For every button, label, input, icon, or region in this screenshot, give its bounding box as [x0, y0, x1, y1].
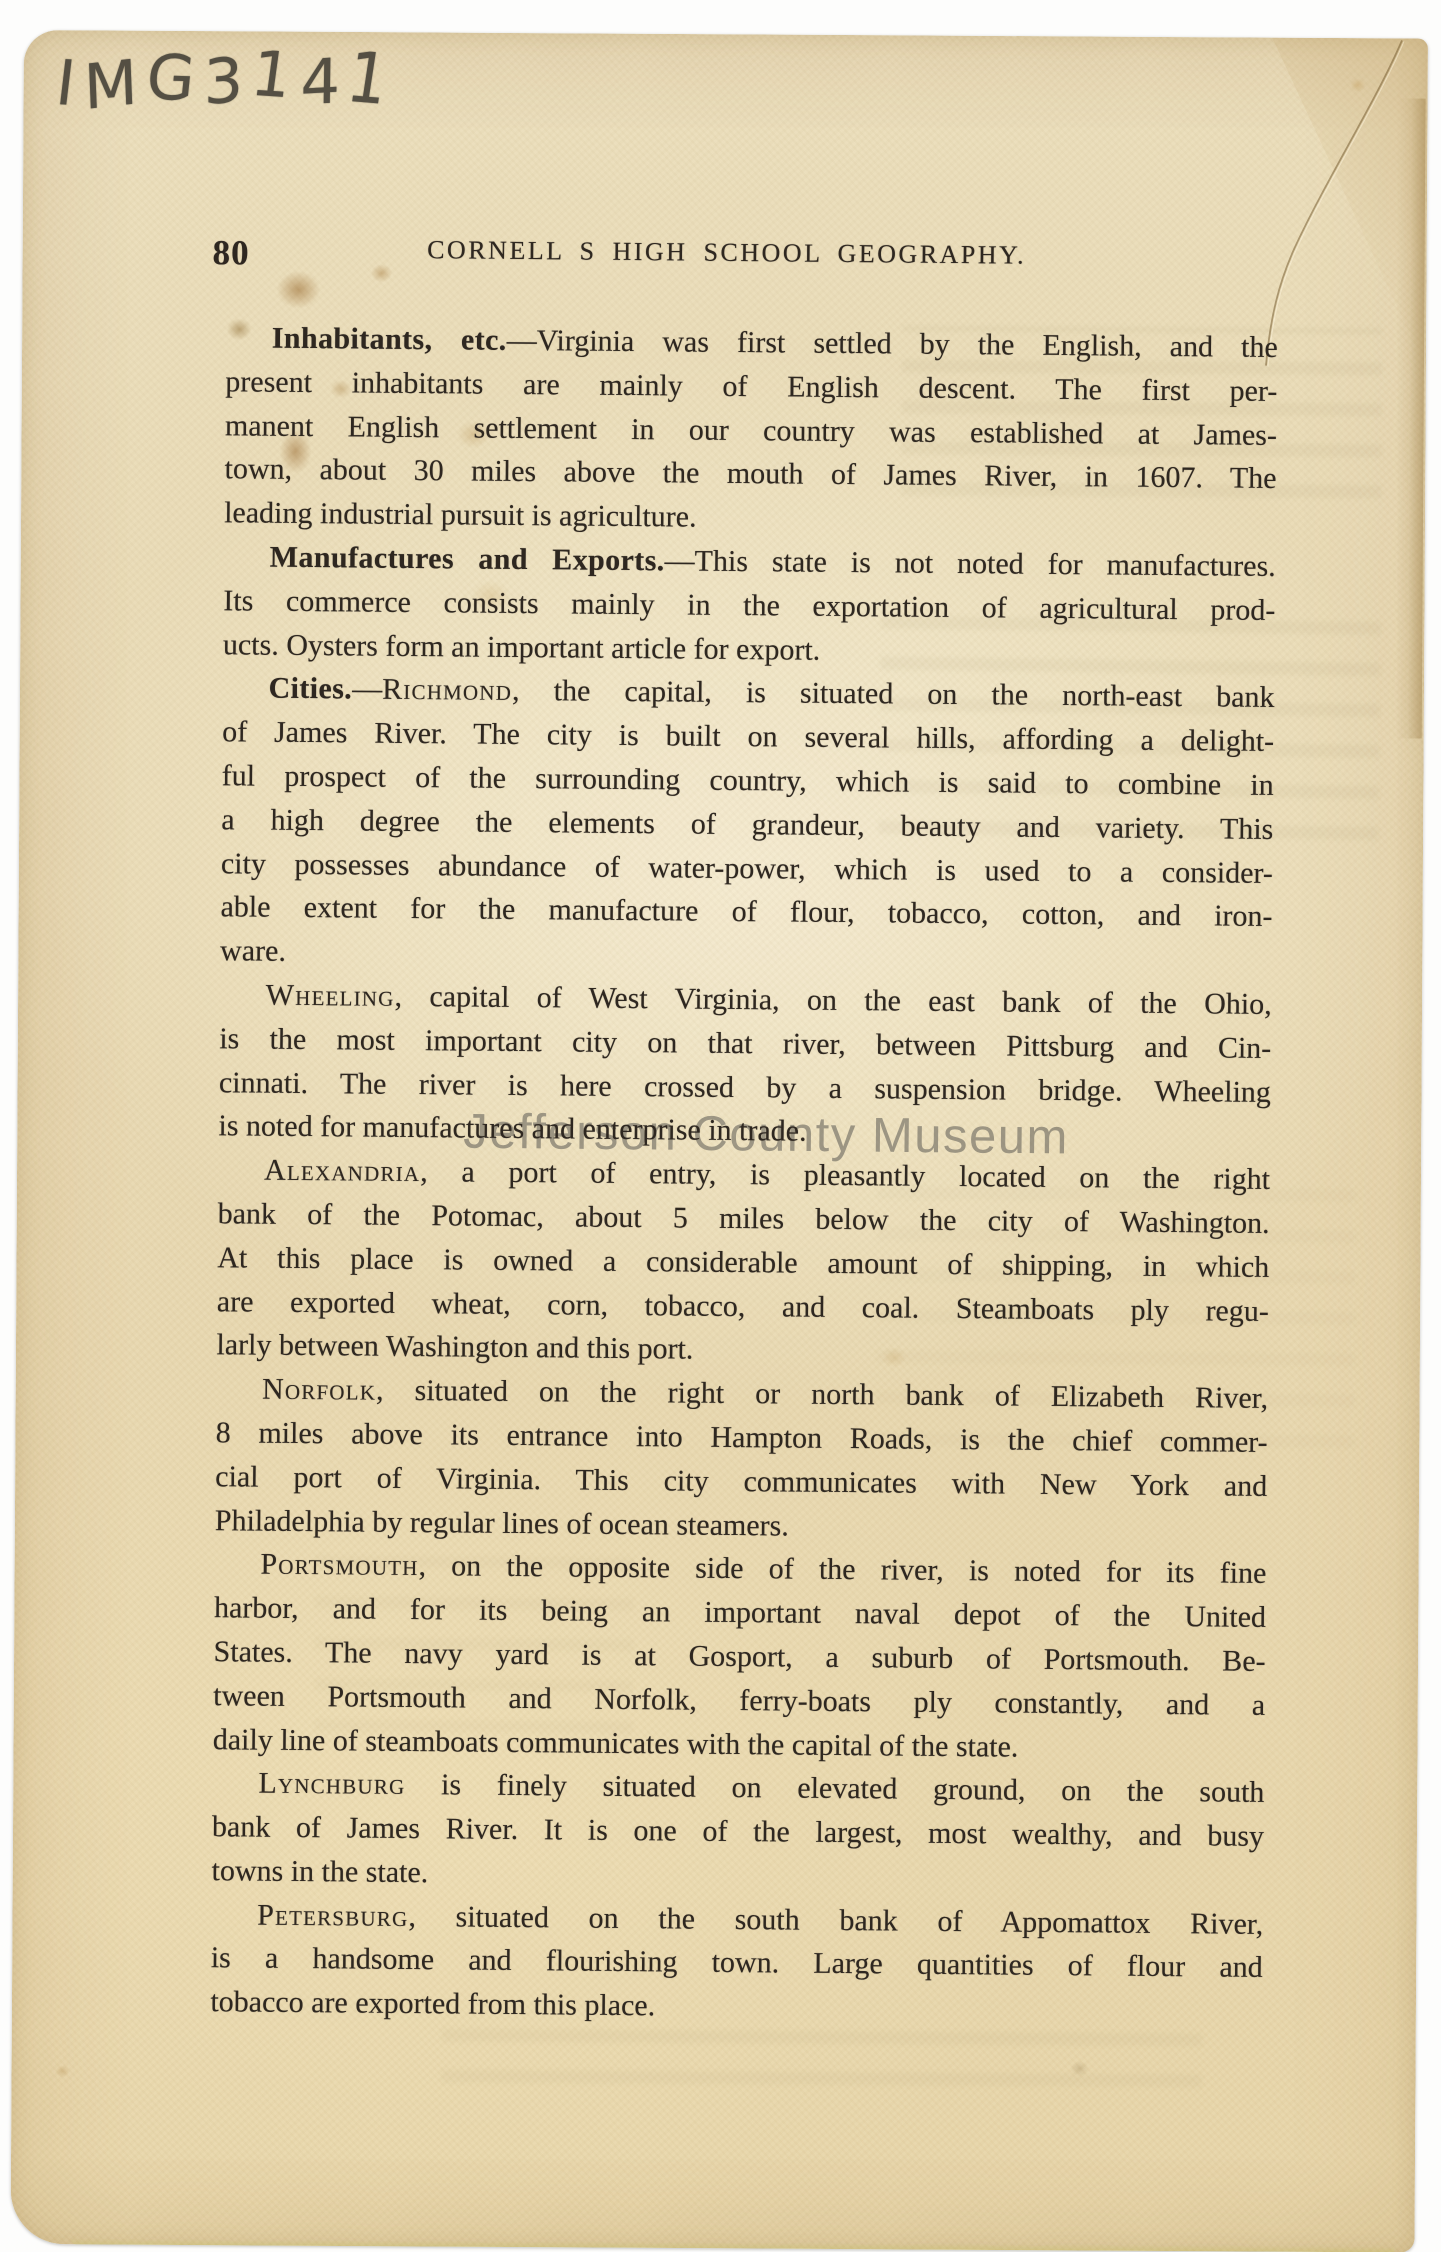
section-headword: Manufactures and Exports. — [270, 541, 665, 578]
printed-text-block: 80 CORNELL S HIGH SCHOOL GEOGRAPHY. Inha… — [210, 233, 1279, 2034]
scanned-book-page: { "annotation": "IMG3141", "page": { "nu… — [0, 0, 1441, 2252]
city-name: Lynchburg — [258, 1767, 405, 1801]
section-headword: Cities. — [268, 672, 352, 706]
city-name: Richmond — [382, 673, 512, 707]
section-headword: Inhabitants, etc. — [272, 322, 507, 357]
page-header: 80 CORNELL S HIGH SCHOOL GEOGRAPHY. — [226, 233, 1278, 277]
right-edge-fold — [1396, 98, 1426, 738]
handwritten-annotation: IMG3141 — [55, 37, 399, 118]
running-title: CORNELL S HIGH SCHOOL GEOGRAPHY. — [200, 233, 1252, 273]
text-line: tobacco are exported from this place. — [210, 1980, 1262, 2034]
paper-sheet: IMG3141 Jefferson County Museum 80 CORNE… — [10, 30, 1427, 2252]
city-name: Norfolk — [262, 1373, 376, 1407]
body-text: Inhabitants, etc.—Virginia was first set… — [210, 316, 1278, 2034]
city-name: Portsmouth — [260, 1548, 418, 1582]
city-name: Alexandria — [264, 1154, 420, 1188]
city-name: Wheeling — [266, 979, 395, 1013]
city-name: Petersburg — [257, 1898, 409, 1932]
